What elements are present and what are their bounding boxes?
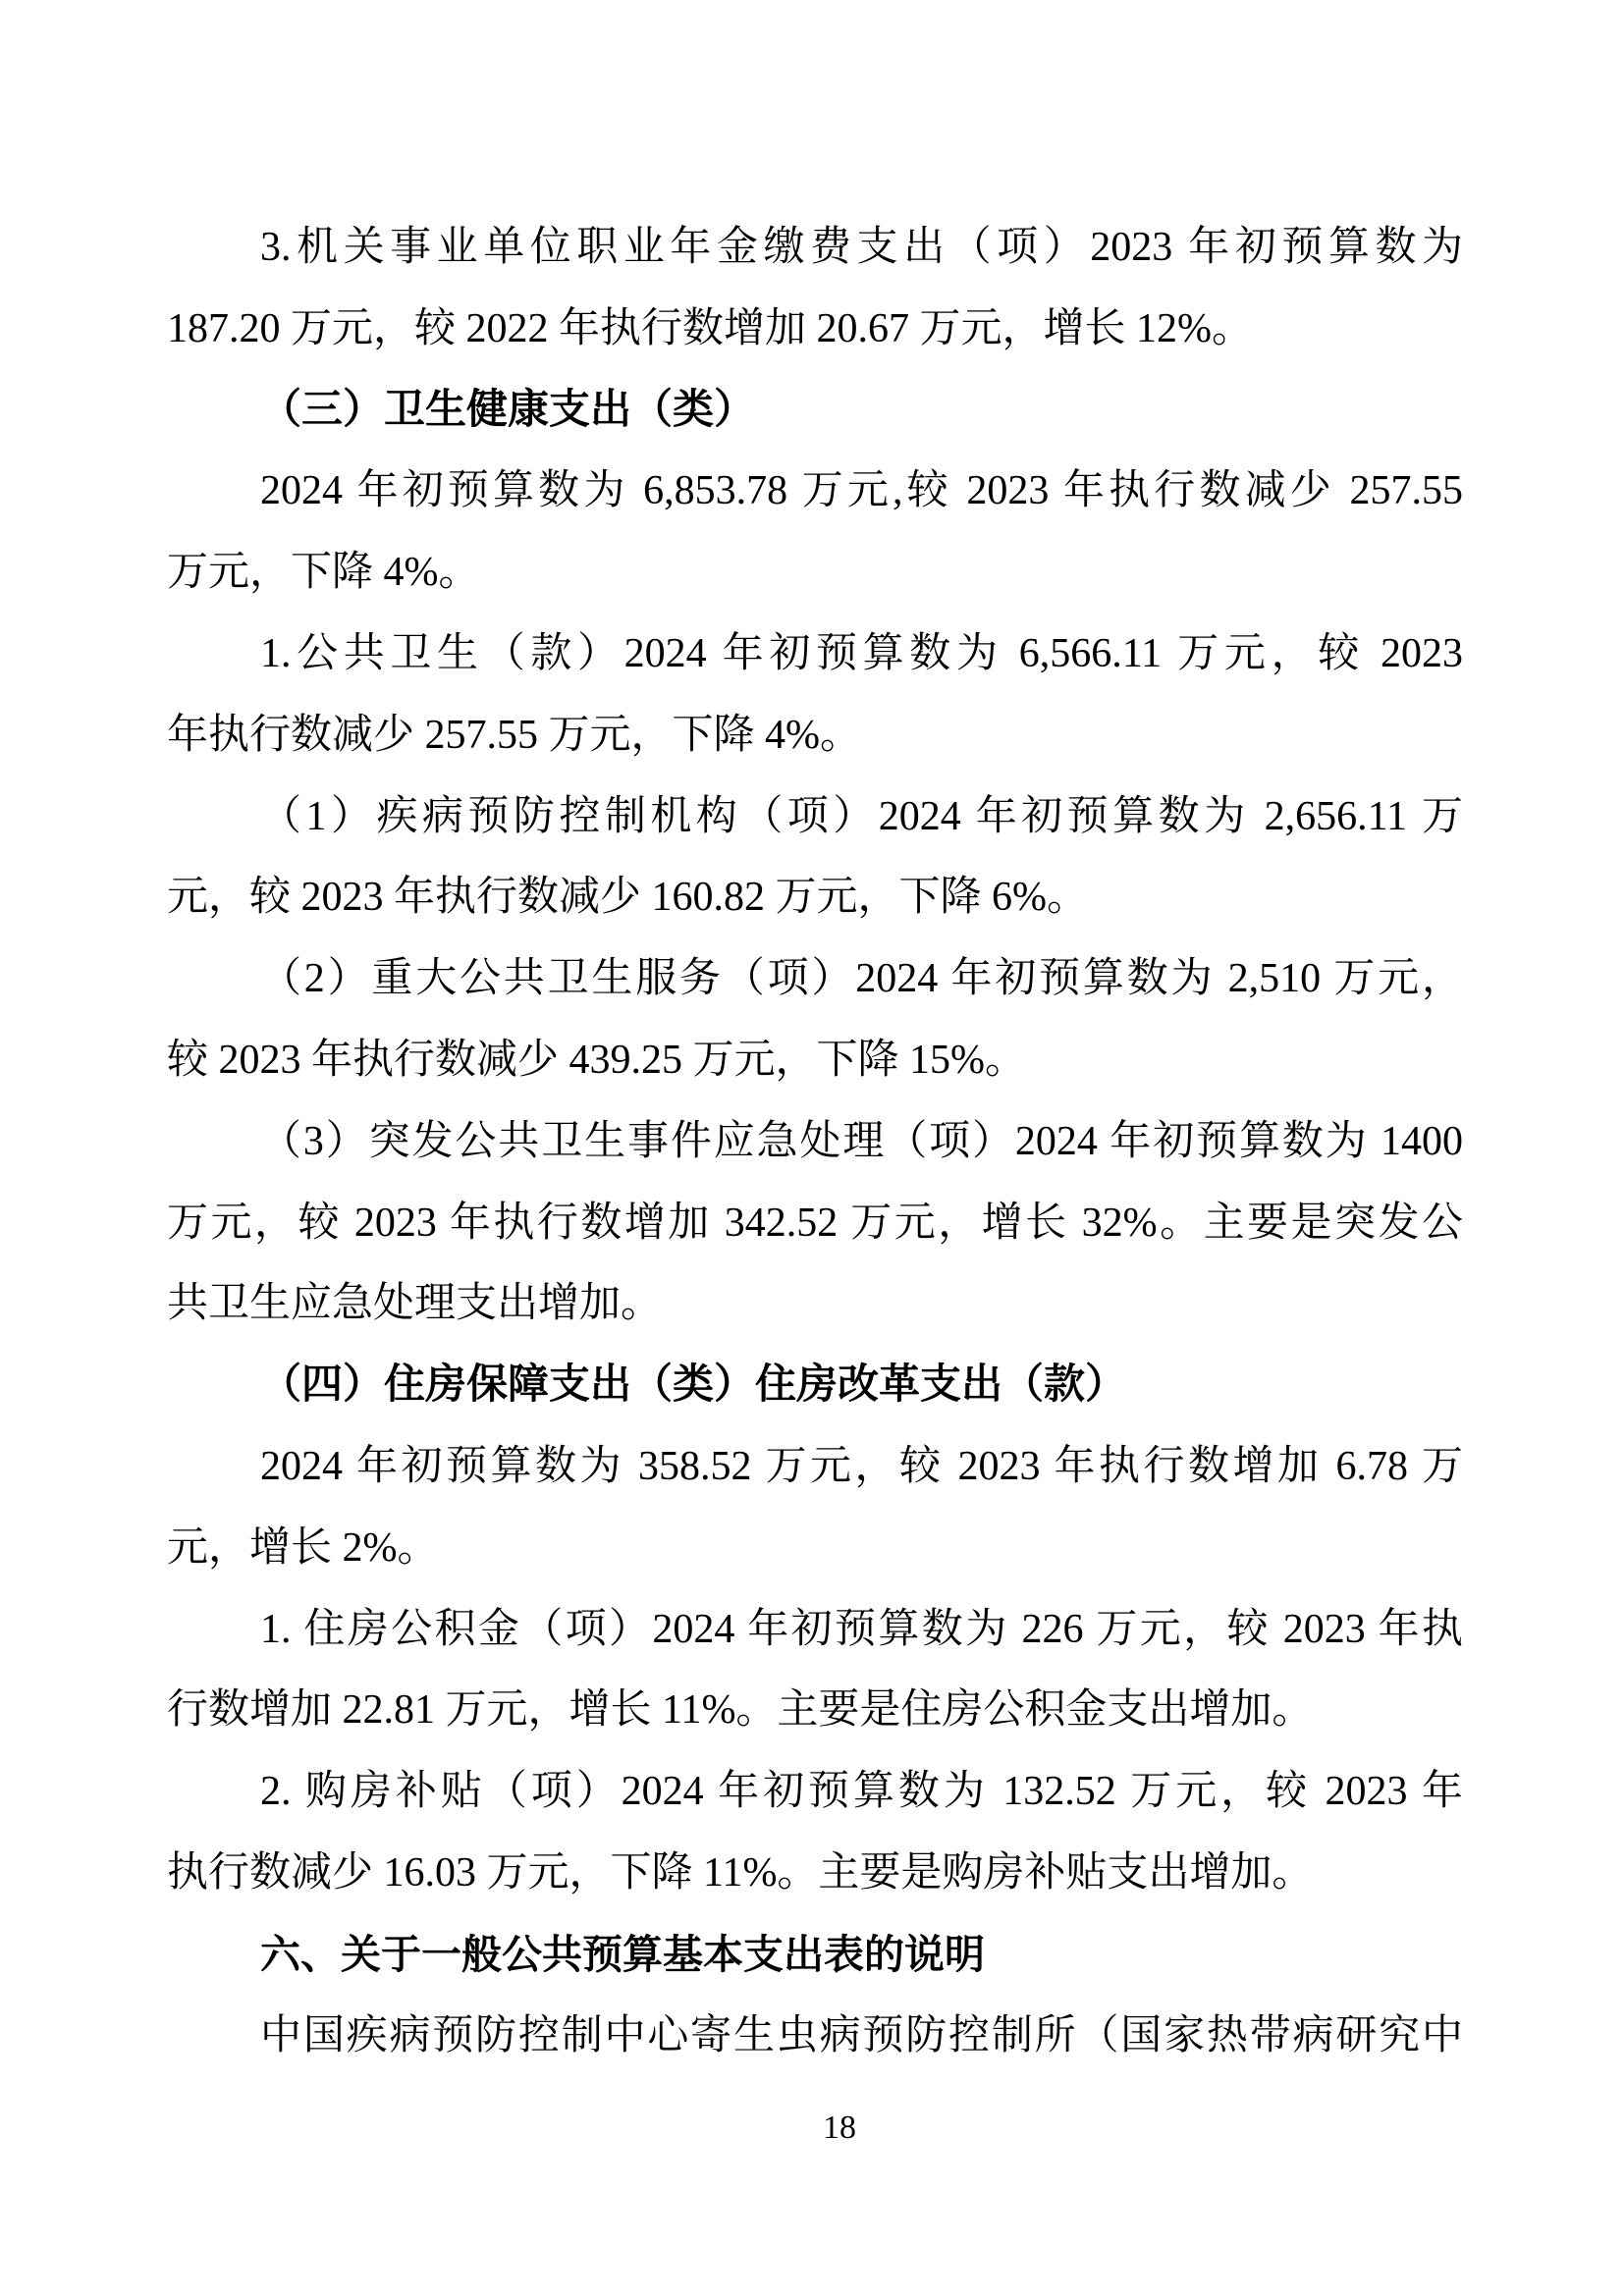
text-line: 1.公共卫生（款）2024 年初预算数为 6,566.11 万元，较 2023	[167, 614, 1463, 695]
text-line: 较 2023 年执行数减少 439.25 万元，下降 15%。	[167, 1020, 1463, 1101]
text-line: 2024 年初预算数为 358.52 万元，较 2023 年执行数增加 6.78…	[167, 1426, 1463, 1508]
text-line: 187.20 万元，较 2022 年执行数增加 20.67 万元，增长 12%。	[167, 289, 1463, 370]
document-body: 3.机关事业单位职业年金缴费支出（项）2023 年初预算数为 187.20 万元…	[167, 207, 1463, 2076]
text-line: 万元，下降 4%。	[167, 532, 1463, 614]
document-page: 3.机关事业单位职业年金缴费支出（项）2023 年初预算数为 187.20 万元…	[0, 0, 1624, 2296]
page-number: 18	[167, 2109, 1463, 2148]
text-line: 中国疾病预防控制中心寄生虫病预防控制所（国家热带病研究中	[167, 1996, 1463, 2077]
text-line: 3.机关事业单位职业年金缴费支出（项）2023 年初预算数为	[167, 207, 1463, 289]
text-line: 年执行数减少 257.55 万元，下降 4%。	[167, 695, 1463, 776]
heading-section-six: 六、关于一般公共预算基本支出表的说明	[167, 1914, 1463, 1996]
text-line: 元，增长 2%。	[167, 1508, 1463, 1589]
text-line: 行数增加 22.81 万元，增长 11%。主要是住房公积金支出增加。	[167, 1670, 1463, 1751]
text-line: 2024 年初预算数为 6,853.78 万元,较 2023 年执行数减少 25…	[167, 451, 1463, 532]
text-line: （3）突发公共卫生事件应急处理（项）2024 年初预算数为 1400	[167, 1101, 1463, 1183]
text-line: 共卫生应急处理支出增加。	[167, 1263, 1463, 1345]
text-line: 元，较 2023 年执行数减少 160.82 万元，下降 6%。	[167, 857, 1463, 938]
text-line: 1. 住房公积金（项）2024 年初预算数为 226 万元，较 2023 年执	[167, 1589, 1463, 1671]
heading-housing-expenditure: （四）住房保障支出（类）住房改革支出（款）	[167, 1345, 1463, 1426]
text-line: 2. 购房补贴（项）2024 年初预算数为 132.52 万元，较 2023 年	[167, 1751, 1463, 1833]
text-line: 万元，较 2023 年执行数增加 342.52 万元，增长 32%。主要是突发公	[167, 1183, 1463, 1264]
heading-health-expenditure: （三）卫生健康支出（类）	[167, 370, 1463, 452]
text-line: （2）重大公共卫生服务（项）2024 年初预算数为 2,510 万元，	[167, 938, 1463, 1020]
text-line: （1）疾病预防控制机构（项）2024 年初预算数为 2,656.11 万	[167, 776, 1463, 858]
text-line: 执行数减少 16.03 万元，下降 11%。主要是购房补贴支出增加。	[167, 1833, 1463, 1914]
